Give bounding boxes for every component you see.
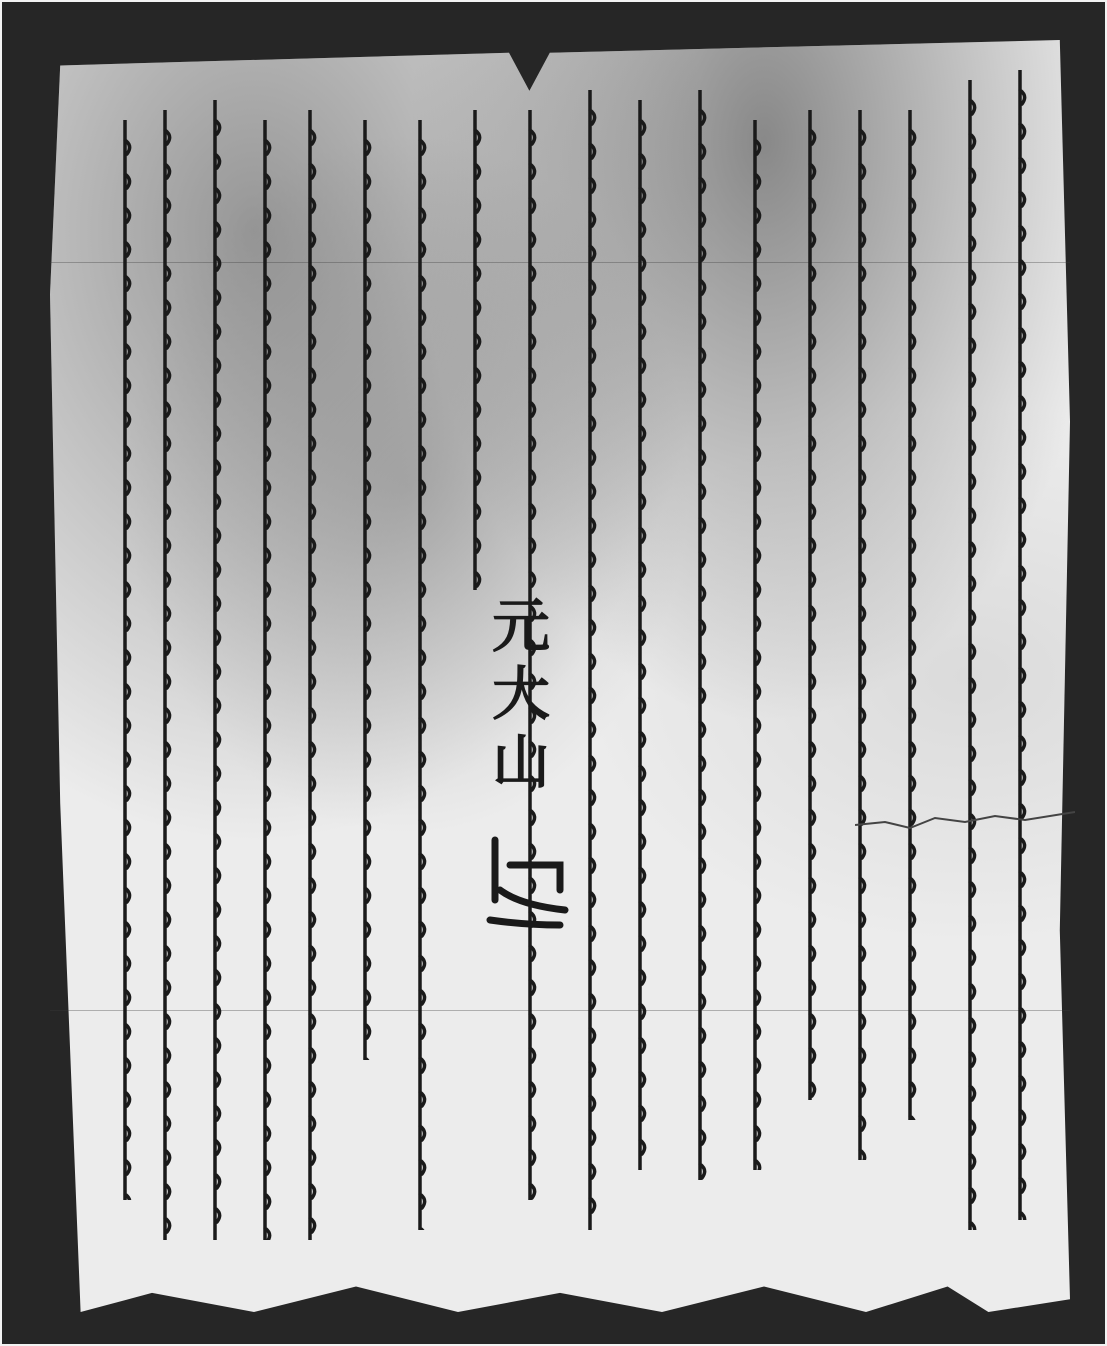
image-border xyxy=(0,0,1107,1346)
